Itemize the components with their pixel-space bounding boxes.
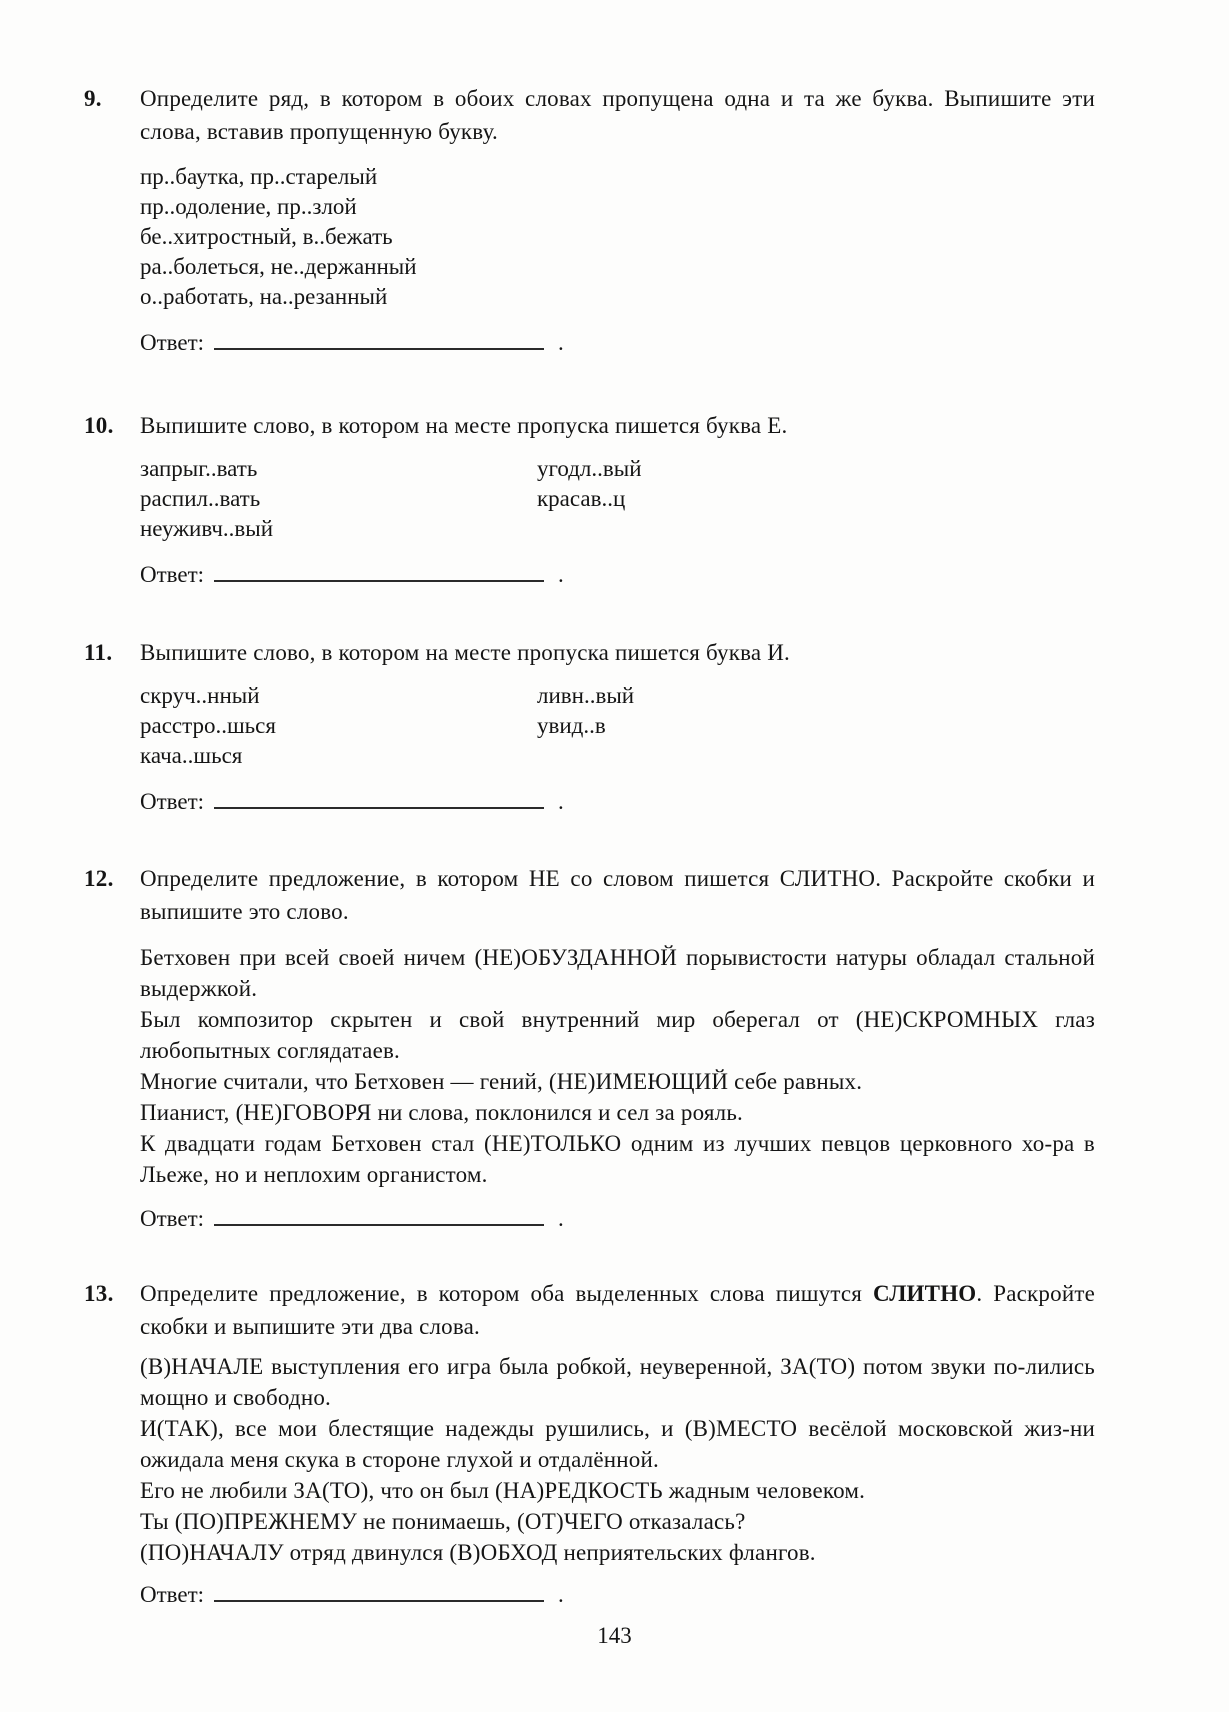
question-number: 12. — [84, 862, 140, 895]
sentence-option: Был композитор скрытен и свой внутренний… — [140, 1004, 1095, 1066]
sentence-options: Бетховен при всей своей ничем (НЕ)ОБУЗДА… — [140, 942, 1095, 1190]
answer-row: Ответ:. — [140, 1576, 1095, 1611]
word-column-right: ливн..вый увид..в — [537, 681, 1095, 771]
answer-period: . — [558, 1579, 564, 1611]
answer-label: Ответ: — [140, 1206, 204, 1231]
question-number: 9. — [84, 82, 140, 115]
word-pair: бе..хитростный, в..бежать — [140, 222, 1095, 252]
question-prompt: Определите предложение, в котором оба вы… — [140, 1277, 1095, 1343]
sentence-option: (ПО)НАЧАЛУ отряд двинулся (В)ОБХОД непри… — [140, 1537, 1095, 1568]
prompt-text: Определите предложение, в котором оба вы… — [140, 1281, 873, 1306]
question-13: 13. Определите предложение, в котором об… — [84, 1277, 1095, 1611]
sentence-option: Пианист, (НЕ)ГОВОРЯ ни слова, поклонился… — [140, 1097, 1095, 1128]
answer-period: . — [558, 786, 564, 818]
option-word: запрыг..вать — [140, 454, 537, 484]
option-word: угодл..вый — [537, 454, 1095, 484]
answer-label: Ответ: — [140, 330, 204, 355]
sentence-option: (В)НАЧАЛЕ выступления его игра была робк… — [140, 1351, 1095, 1413]
answer-blank[interactable] — [214, 556, 544, 582]
answer-label: Ответ: — [140, 1582, 204, 1607]
exam-page: 9. Определите ряд, в котором в обоих сло… — [0, 0, 1229, 1712]
option-word: неуживч..вый — [140, 514, 537, 544]
answer-blank[interactable] — [214, 1200, 544, 1226]
answer-blank[interactable] — [214, 1576, 544, 1602]
question-number: 13. — [84, 1277, 140, 1310]
question-prompt: Выпишите слово, в котором на месте пропу… — [140, 636, 1095, 669]
answer-row: Ответ:. — [140, 556, 1095, 591]
word-column-right: угодл..вый красав..ц — [537, 454, 1095, 544]
prompt-keyword: СЛИТНО — [873, 1281, 976, 1306]
option-word: увид..в — [537, 711, 1095, 741]
question-body: Определите предложение, в котором оба вы… — [140, 1277, 1095, 1611]
answer-row: Ответ:. — [140, 324, 1095, 359]
sentence-option: Его не любили ЗА(ТО), что он был (НА)РЕД… — [140, 1475, 1095, 1506]
question-number: 10. — [84, 409, 140, 442]
question-body: Определите ряд, в котором в обоих словах… — [140, 82, 1095, 359]
word-columns: скруч..нный расстро..шься кача..шься лив… — [140, 681, 1095, 771]
question-prompt: Выпишите слово, в котором на месте пропу… — [140, 409, 1095, 442]
word-columns: запрыг..вать распил..вать неуживч..вый у… — [140, 454, 1095, 544]
sentence-option: И(ТАК), все мои блестящие надежды рушили… — [140, 1413, 1095, 1475]
sentence-options: (В)НАЧАЛЕ выступления его игра была робк… — [140, 1351, 1095, 1568]
question-body: Определите предложение, в котором НЕ со … — [140, 862, 1095, 1235]
page-number: 143 — [0, 1621, 1229, 1651]
answer-label: Ответ: — [140, 789, 204, 814]
sentence-option: Многие считали, что Бетховен — гений, (Н… — [140, 1066, 1095, 1097]
word-pair: пр..одоление, пр..злой — [140, 192, 1095, 222]
option-word: распил..вать — [140, 484, 537, 514]
word-column-left: скруч..нный расстро..шься кача..шься — [140, 681, 537, 771]
word-pair-list: пр..баутка, пр..старелый пр..одоление, п… — [140, 162, 1095, 312]
option-word: ливн..вый — [537, 681, 1095, 711]
option-word: кача..шься — [140, 741, 537, 771]
answer-period: . — [558, 327, 564, 359]
word-pair: о..работать, на..резанный — [140, 282, 1095, 312]
word-pair: пр..баутка, пр..старелый — [140, 162, 1095, 192]
answer-blank[interactable] — [214, 324, 544, 350]
question-number: 11. — [84, 636, 140, 669]
word-column-left: запрыг..вать распил..вать неуживч..вый — [140, 454, 537, 544]
answer-period: . — [558, 1203, 564, 1235]
sentence-option: К двадцати годам Бетховен стал (НЕ)ТОЛЬК… — [140, 1128, 1095, 1190]
option-word: скруч..нный — [140, 681, 537, 711]
question-11: 11. Выпишите слово, в котором на месте п… — [84, 636, 1095, 818]
option-word: красав..ц — [537, 484, 1095, 514]
word-pair: ра..болеться, не..держанный — [140, 252, 1095, 282]
answer-blank[interactable] — [214, 783, 544, 809]
question-9: 9. Определите ряд, в котором в обоих сло… — [84, 82, 1095, 359]
question-body: Выпишите слово, в котором на месте пропу… — [140, 636, 1095, 818]
sentence-option: Ты (ПО)ПРЕЖНЕМУ не понимаешь, (ОТ)ЧЕГО о… — [140, 1506, 1095, 1537]
answer-period: . — [558, 559, 564, 591]
question-body: Выпишите слово, в котором на месте пропу… — [140, 409, 1095, 591]
question-prompt: Определите ряд, в котором в обоих словах… — [140, 82, 1095, 148]
question-10: 10. Выпишите слово, в котором на месте п… — [84, 409, 1095, 591]
sentence-option: Бетховен при всей своей ничем (НЕ)ОБУЗДА… — [140, 942, 1095, 1004]
answer-row: Ответ:. — [140, 1200, 1095, 1235]
question-prompt: Определите предложение, в котором НЕ со … — [140, 862, 1095, 928]
answer-label: Ответ: — [140, 562, 204, 587]
question-12: 12. Определите предложение, в котором НЕ… — [84, 862, 1095, 1235]
option-word: расстро..шься — [140, 711, 537, 741]
answer-row: Ответ:. — [140, 783, 1095, 818]
